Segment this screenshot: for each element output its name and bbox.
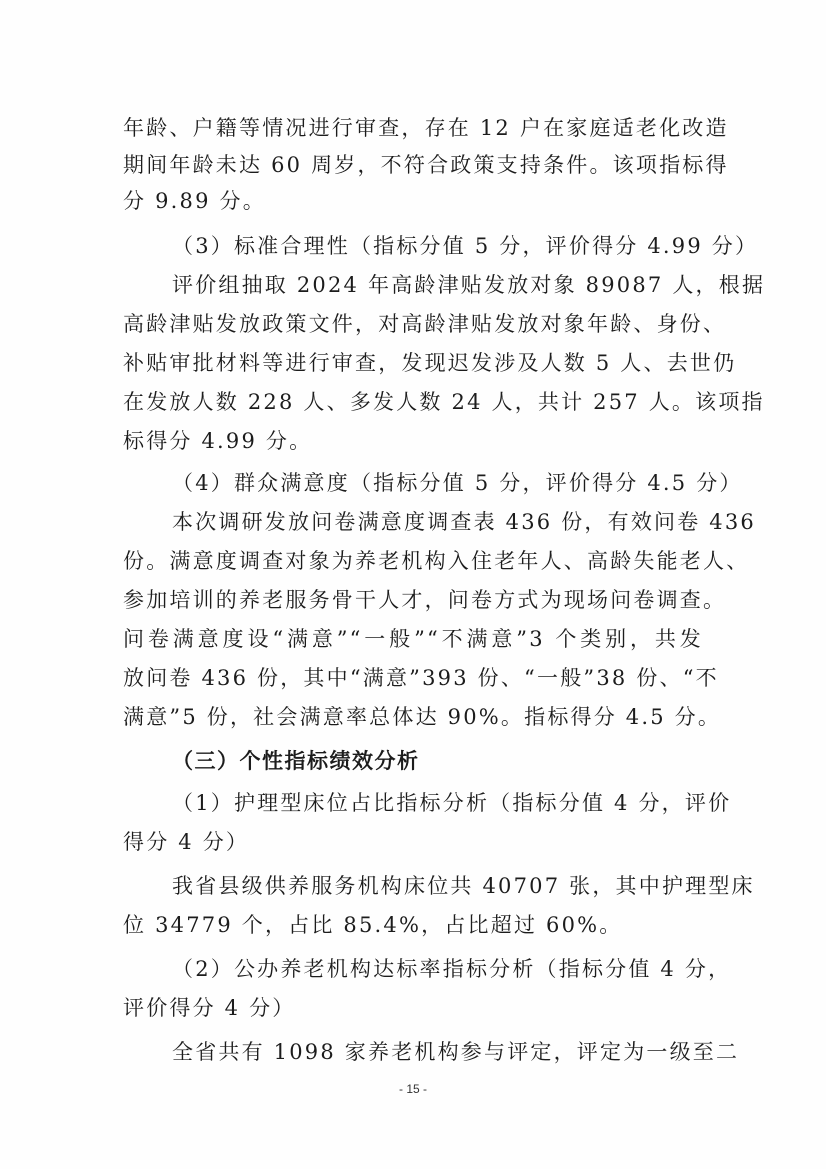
paragraph-line: 补贴审批材料等进行审查，发现迟发涉及人数 5 人、去世仍 xyxy=(123,346,703,380)
document-page: 年龄、户籍等情况进行审查，存在 12 户在家庭适老化改造 期间年龄未达 60 周… xyxy=(0,0,826,1169)
subsection-heading-continued: 评价得分 4 分） xyxy=(123,991,703,1025)
paragraph-line: 本次调研发放问卷满意度调查表 436 份，有效问卷 436 xyxy=(172,505,703,539)
paragraph-line: 评价组抽取 2024 年高龄津贴发放对象 89087 人，根据 xyxy=(172,268,703,302)
subsection-heading: （2）公办养老机构达标率指标分析（指标分值 4 分， xyxy=(172,952,703,986)
paragraph-line: 期间年龄未达 60 周岁，不符合政策支持条件。该项指标得 xyxy=(123,148,703,182)
subsection-heading: （4）群众满意度（指标分值 5 分，评价得分 4.5 分） xyxy=(172,466,703,500)
paragraph-line: 标得分 4.99 分。 xyxy=(123,424,703,458)
paragraph-line: 在发放人数 228 人、多发人数 24 人，共计 257 人。该项指 xyxy=(123,385,703,419)
paragraph-line: 位 34779 个，占比 85.4%，占比超过 60%。 xyxy=(123,908,703,942)
paragraph-line: 全省共有 1098 家养老机构参与评定，评定为一级至二 xyxy=(172,1035,703,1069)
paragraph-line: 参加培训的养老服务骨干人才，问卷方式为现场问卷调查。 xyxy=(123,583,703,617)
subsection-heading: （1）护理型床位占比指标分析（指标分值 4 分，评价 xyxy=(172,786,703,820)
paragraph-line: 年龄、户籍等情况进行审查，存在 12 户在家庭适老化改造 xyxy=(123,111,703,145)
paragraph-line: 我省县级供养服务机构床位共 40707 张，其中护理型床 xyxy=(172,869,703,903)
paragraph-line: 分 9.89 分。 xyxy=(123,184,703,218)
paragraph-line: 份。满意度调查对象为养老机构入住老年人、高龄失能老人、 xyxy=(123,544,703,578)
paragraph-line: 满意”5 份，社会满意率总体达 90%。指标得分 4.5 分。 xyxy=(123,700,703,734)
subsection-heading-continued: 得分 4 分） xyxy=(123,825,703,859)
section-heading: （三）个性指标绩效分析 xyxy=(172,744,703,778)
page-number: - 15 - xyxy=(0,1082,826,1096)
paragraph-line: 问卷满意度设“满意”“一般”“不满意”3 个类别，共发 xyxy=(123,622,703,656)
paragraph-line: 放问卷 436 份，其中“满意”393 份、“一般”38 份、“不 xyxy=(123,661,703,695)
paragraph-line: 高龄津贴发放政策文件，对高龄津贴发放对象年龄、身份、 xyxy=(123,307,703,341)
subsection-heading: （3）标准合理性（指标分值 5 分，评价得分 4.99 分） xyxy=(172,229,703,263)
